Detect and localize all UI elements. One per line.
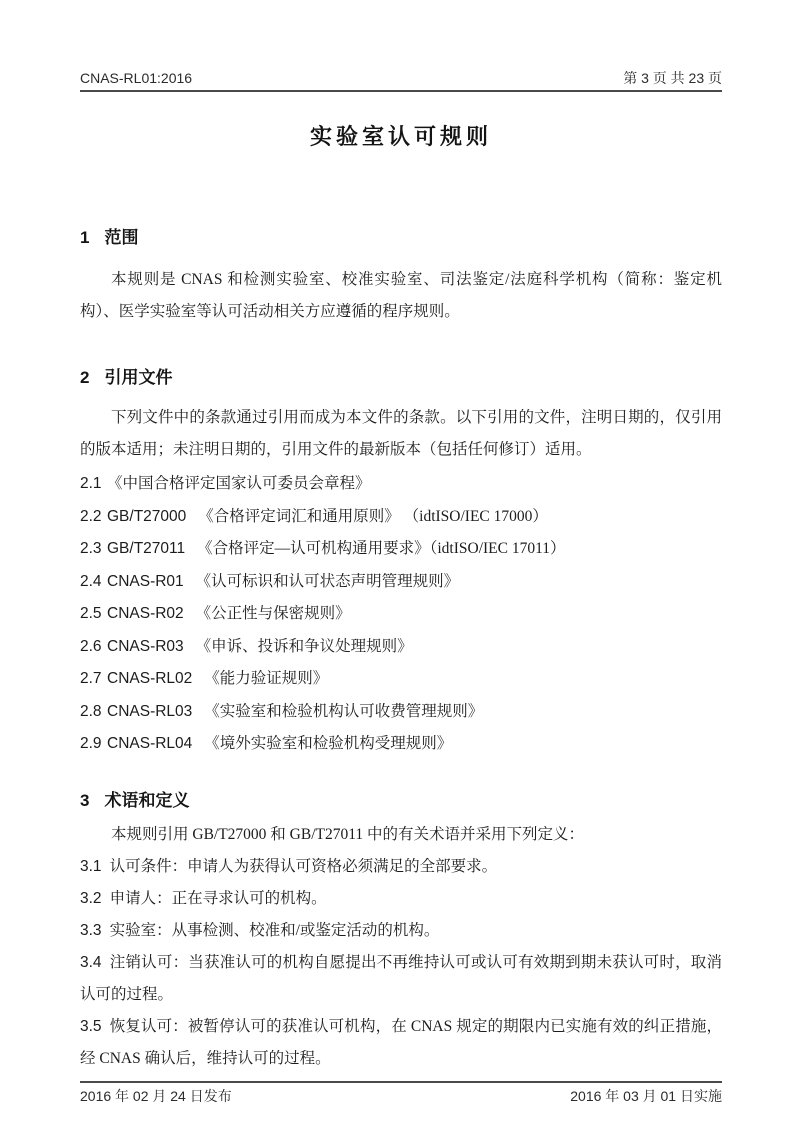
reference-number: 2.6: [80, 631, 107, 664]
references-intro-paragraph: 下列文件中的条款通过引用而成为本文件的条款。以下引用的文件，注明日期的，仅引用的…: [80, 402, 722, 466]
reference-number: 2.3: [80, 533, 107, 566]
definition-number: 3.5: [80, 1018, 102, 1035]
reference-number: 2.4: [80, 566, 107, 599]
section-heading-text: 范围: [104, 228, 138, 247]
definition-text: 申请人：正在寻求认可的机构。: [110, 890, 327, 907]
definition-text: 认可条件：申请人为获得认可资格必须满足的全部要求。: [110, 858, 498, 875]
reference-number: 2.9: [80, 728, 107, 761]
reference-item: 2.3GB/T27011《合格评定—认可机构通用要求》（idtISO/IEC 1…: [80, 533, 722, 566]
reference-title: 《实验室和检验机构认可收费管理规则》: [204, 703, 483, 720]
reference-title: 《申诉、投诉和争议处理规则》: [196, 638, 413, 655]
reference-item: 2.4CNAS-R01《认可标识和认可状态声明管理规则》: [80, 566, 722, 599]
definition-text: 恢复认可：被暂停认可的获准认可机构，在 CNAS 规定的期限内已实施有效的纠正措…: [80, 1018, 722, 1067]
terms-intro-paragraph: 本规则引用 GB/T27000 和 GB/T27011 中的有关术语并采用下列定…: [80, 819, 722, 851]
definition-text: 实验室：从事检测、校准和/或鉴定活动的机构。: [110, 922, 440, 939]
reference-title: 《合格评定—认可机构通用要求》（idtISO/IEC 17011）: [197, 540, 565, 557]
reference-item: 2.5CNAS-R02《公正性与保密规则》: [80, 598, 722, 631]
reference-code: CNAS-R01: [107, 573, 184, 590]
section-terms-heading: 3术语和定义: [80, 789, 722, 813]
reference-title: 《能力验证规则》: [204, 670, 328, 687]
reference-item: 2.2GB/T27000《合格评定词汇和通用原则》 （idtISO/IEC 17…: [80, 501, 722, 534]
reference-number: 2.7: [80, 663, 107, 696]
reference-title: 《认可标识和认可状态声明管理规则》: [196, 573, 460, 590]
definition-number: 3.1: [80, 858, 102, 875]
definition-item: 3.4注销认可：当获准认可的机构自愿提出不再维持认可或认可有效期到期未获认可时，…: [80, 947, 722, 1011]
definition-number: 3.3: [80, 922, 102, 939]
section-terms: 3术语和定义 本规则引用 GB/T27000 和 GB/T27011 中的有关术…: [80, 789, 722, 1075]
definition-text: 注销认可：当获准认可的机构自愿提出不再维持认可或认可有效期到期未获认可时，取消认…: [80, 954, 722, 1003]
section-references: 2引用文件 下列文件中的条款通过引用而成为本文件的条款。以下引用的文件，注明日期…: [80, 366, 722, 761]
reference-code: CNAS-R03: [107, 638, 184, 655]
header-doc-code: CNAS-RL01:2016: [80, 70, 192, 87]
reference-number: 2.1: [80, 468, 107, 501]
definition-list: 3.1认可条件：申请人为获得认可资格必须满足的全部要求。 3.2申请人：正在寻求…: [80, 851, 722, 1075]
reference-title: 《公正性与保密规则》: [196, 605, 351, 622]
header-page-indicator: 第 3 页 共 23 页: [623, 70, 722, 87]
reference-item: 2.1《中国合格评定国家认可委员会章程》: [80, 468, 722, 501]
definition-item: 3.3实验室：从事检测、校准和/或鉴定活动的机构。: [80, 915, 722, 947]
reference-code: CNAS-RL04: [107, 735, 192, 752]
reference-title: 《中国合格评定国家认可委员会章程》: [107, 475, 371, 492]
reference-number: 2.2: [80, 501, 107, 534]
reference-title: 《境外实验室和检验机构受理规则》: [204, 735, 452, 752]
definition-item: 3.2申请人：正在寻求认可的机构。: [80, 883, 722, 915]
reference-item: 2.8CNAS-RL03《实验室和检验机构认可收费管理规则》: [80, 696, 722, 729]
section-number: 1: [80, 226, 89, 250]
reference-code: GB/T27000: [107, 508, 186, 525]
document-content: 实验室认可规则 1范围 本规则是 CNAS 和检测实验室、校准实验室、司法鉴定/…: [80, 92, 722, 1075]
definition-number: 3.2: [80, 890, 102, 907]
reference-code: CNAS-RL02: [107, 670, 192, 687]
section-heading-text: 引用文件: [104, 368, 172, 387]
page-header: CNAS-RL01:2016 第 3 页 共 23 页: [80, 70, 722, 92]
reference-number: 2.8: [80, 696, 107, 729]
section-number: 2: [80, 366, 89, 390]
definition-item: 3.1认可条件：申请人为获得认可资格必须满足的全部要求。: [80, 851, 722, 883]
section-references-heading: 2引用文件: [80, 366, 722, 390]
reference-title: 《合格评定词汇和通用原则》 （idtISO/IEC 17000）: [198, 508, 548, 525]
scope-paragraph: 本规则是 CNAS 和检测实验室、校准实验室、司法鉴定/法庭科学机构（简称：鉴定…: [80, 264, 722, 328]
definition-item: 3.5恢复认可：被暂停认可的获准认可机构，在 CNAS 规定的期限内已实施有效的…: [80, 1011, 722, 1075]
footer-implement-date: 2016 年 03 月 01 日实施: [570, 1088, 722, 1105]
document-title: 实验室认可规则: [80, 122, 722, 152]
reference-code: CNAS-R02: [107, 605, 184, 622]
section-number: 3: [80, 789, 89, 813]
reference-item: 2.7CNAS-RL02《能力验证规则》: [80, 663, 722, 696]
reference-code: CNAS-RL03: [107, 703, 192, 720]
reference-item: 2.9CNAS-RL04《境外实验室和检验机构受理规则》: [80, 728, 722, 761]
reference-code: GB/T27011: [107, 540, 185, 557]
footer-publish-date: 2016 年 02 月 24 日发布: [80, 1088, 232, 1105]
section-scope: 1范围 本规则是 CNAS 和检测实验室、校准实验室、司法鉴定/法庭科学机构（简…: [80, 226, 722, 328]
reference-number: 2.5: [80, 598, 107, 631]
reference-item: 2.6CNAS-R03《申诉、投诉和争议处理规则》: [80, 631, 722, 664]
section-scope-heading: 1范围: [80, 226, 722, 250]
definition-number: 3.4: [80, 954, 102, 971]
reference-list: 2.1《中国合格评定国家认可委员会章程》 2.2GB/T27000《合格评定词汇…: [80, 468, 722, 761]
document-page: CNAS-RL01:2016 第 3 页 共 23 页 实验室认可规则 1范围 …: [0, 0, 800, 1132]
page-footer: 2016 年 02 月 24 日发布 2016 年 03 月 01 日实施: [80, 1081, 722, 1105]
section-heading-text: 术语和定义: [104, 791, 189, 810]
